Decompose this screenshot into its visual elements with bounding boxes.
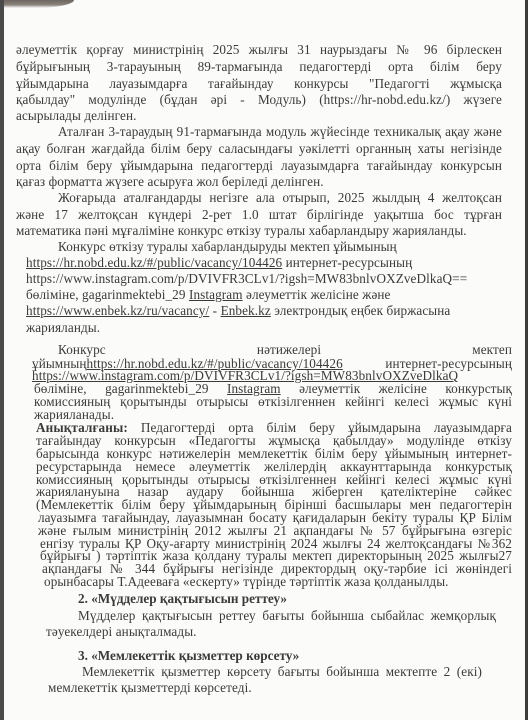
section-heading-3: 3. «Мемлекеттік қызметтер көрсету»	[78, 648, 299, 664]
text-segment: -	[209, 303, 220, 318]
text-line: Аталған 3-тараудың 91-тармағында модуль …	[16, 124, 502, 140]
text-segment: әлеуметтік желісіне және	[243, 287, 391, 302]
text-line: әлеуметтік қорғау министрінің 2025 жылғы…	[16, 42, 502, 58]
text-line: орта білім беру ұйымдарына педагогтерді …	[16, 158, 502, 174]
text-line: жарияланды.	[26, 320, 512, 336]
section-heading-2: 2. «Мүдделер қақтығысын реттеу»	[78, 591, 287, 607]
scan-shadow	[4, 0, 74, 8]
text-line: асырылады делінген.	[16, 108, 502, 124]
text-segment: электрондық еңбек биржасына	[271, 303, 451, 318]
text-segment: интернет-ресурсының	[282, 255, 412, 270]
text-line: Мүдделер қақтығысын реттеу бағыты бойынш…	[78, 608, 496, 624]
text-line: қағаз форматта жүзеге асыруға жол беріле…	[16, 174, 502, 190]
text-line: тәуекелдері анықталмады.	[46, 624, 528, 640]
text-segment: нәтижелері	[257, 342, 321, 357]
text-segment: бөліміне, gagarinmektebi_29	[26, 287, 189, 302]
link-instagram-post[interactable]: https://www.instagram.com/p/DVIVFR3CLv1/…	[26, 271, 512, 287]
text-segment: Конкурс	[58, 342, 106, 357]
link-instagram-label[interactable]: Instagram	[189, 287, 243, 302]
text-line: Жоғарыда аталғандарды негізге ала отырып…	[16, 190, 502, 206]
text-line: ұйымдарына лауазымдарға тағайындау конку…	[16, 76, 502, 92]
text-line: бұйрығының 3-тарауының 89-тармағында пед…	[16, 59, 502, 75]
text-line: қабылдау" модулінде (бұдан әрі - Модуль)…	[16, 92, 502, 108]
text-line: мемлекеттік қызметтерді көрсетеді.	[48, 680, 528, 696]
link-enbek-label[interactable]: Enbek.kz	[221, 303, 271, 318]
text-line: Конкурс өткізу туралы хабарландыруды мек…	[16, 239, 502, 255]
link-hr-nobd-vacancy[interactable]: https://hr.nobd.edu.kz/#/public/vacancy/…	[26, 255, 282, 270]
text-line: және 17 желтоқсан күндері 2-рет 1.0 штат…	[16, 207, 502, 223]
text-line: ақау болған жағдайда білім беру саласынд…	[16, 141, 502, 157]
text-line: математика пәні мұғаліміне конкурс өткіз…	[16, 223, 502, 239]
text-segment: мектеп	[472, 342, 512, 357]
scan-edge-left	[0, 0, 4, 720]
link-enbek-vacancy[interactable]: https://www.enbek.kz/ru/vacancy/	[26, 303, 209, 318]
text-line: орынбасары Т.Адееваға «ескерту» түрінде …	[44, 574, 528, 590]
text-line: Мемлекеттік қызметтер көрсету бағыты бой…	[82, 664, 482, 680]
